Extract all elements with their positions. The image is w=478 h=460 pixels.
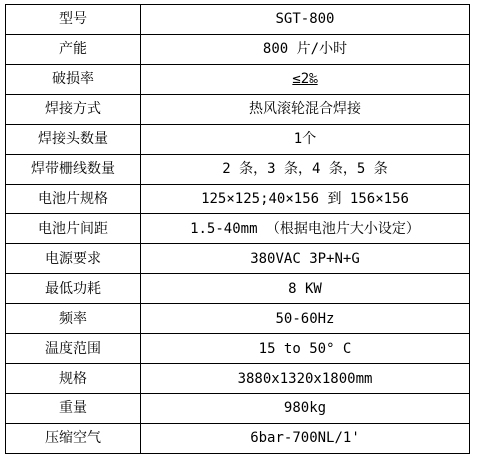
spec-label: 产能 — [6, 34, 141, 64]
spec-row-weight: 重量 980kg — [6, 393, 470, 423]
spec-value: 8 KW — [141, 274, 470, 304]
spec-row-compressed-air: 压缩空气 6bar-700NL/1' — [6, 423, 470, 453]
spec-value: 15 to 50° C — [141, 334, 470, 364]
spec-label: 频率 — [6, 304, 141, 334]
spec-value: 3880x1320x1800mm — [141, 364, 470, 394]
spec-row-capacity: 产能 800 片/小时 — [6, 34, 470, 64]
spec-label: 压缩空气 — [6, 423, 141, 453]
spec-value: SGT-800 — [141, 5, 470, 35]
spec-value: 50-60Hz — [141, 304, 470, 334]
spec-value: 2 条，3 条，4 条，5 条 — [141, 154, 470, 184]
spec-label: 焊接头数量 — [6, 124, 141, 154]
spec-label: 焊接方式 — [6, 94, 141, 124]
spec-label: 电池片规格 — [6, 184, 141, 214]
spec-row-welding-method: 焊接方式 热风滚轮混合焊接 — [6, 94, 470, 124]
spec-label: 规格 — [6, 364, 141, 394]
spec-label: 最低功耗 — [6, 274, 141, 304]
spec-value: 800 片/小时 — [141, 34, 470, 64]
spec-label: 电源要求 — [6, 244, 141, 274]
spec-table: 型号 SGT-800 产能 800 片/小时 破损率 ≤2‰ 焊接方式 热风滚轮… — [5, 4, 470, 454]
spec-value: 热风滚轮混合焊接 — [141, 94, 470, 124]
spec-label: 破损率 — [6, 64, 141, 94]
spec-row-cell-size: 电池片规格 125×125;40×156 到 156×156 — [6, 184, 470, 214]
spec-label: 重量 — [6, 393, 141, 423]
spec-value: 125×125;40×156 到 156×156 — [141, 184, 470, 214]
spec-value: 1个 — [141, 124, 470, 154]
page: 型号 SGT-800 产能 800 片/小时 破损率 ≤2‰ 焊接方式 热风滚轮… — [0, 0, 478, 460]
spec-value: 1.5-40mm （根据电池片大小设定） — [141, 214, 470, 244]
spec-value: 6bar-700NL/1' — [141, 423, 470, 453]
spec-label: 焊带栅线数量 — [6, 154, 141, 184]
spec-row-dimensions: 规格 3880x1320x1800mm — [6, 364, 470, 394]
spec-value: ≤2‰ — [141, 64, 470, 94]
spec-row-welding-head-count: 焊接头数量 1个 — [6, 124, 470, 154]
spec-label: 型号 — [6, 5, 141, 35]
spec-row-frequency: 频率 50-60Hz — [6, 304, 470, 334]
spec-row-power-requirement: 电源要求 380VAC 3P+N+G — [6, 244, 470, 274]
spec-value: 380VAC 3P+N+G — [141, 244, 470, 274]
spec-row-model: 型号 SGT-800 — [6, 5, 470, 35]
spec-row-ribbon-busbar-count: 焊带栅线数量 2 条，3 条，4 条，5 条 — [6, 154, 470, 184]
spec-row-breakage-rate: 破损率 ≤2‰ — [6, 64, 470, 94]
spec-row-temperature-range: 温度范围 15 to 50° C — [6, 334, 470, 364]
spec-row-min-power-consumption: 最低功耗 8 KW — [6, 274, 470, 304]
spec-row-cell-spacing: 电池片间距 1.5-40mm （根据电池片大小设定） — [6, 214, 470, 244]
spec-label: 电池片间距 — [6, 214, 141, 244]
spec-value: 980kg — [141, 393, 470, 423]
spec-label: 温度范围 — [6, 334, 141, 364]
